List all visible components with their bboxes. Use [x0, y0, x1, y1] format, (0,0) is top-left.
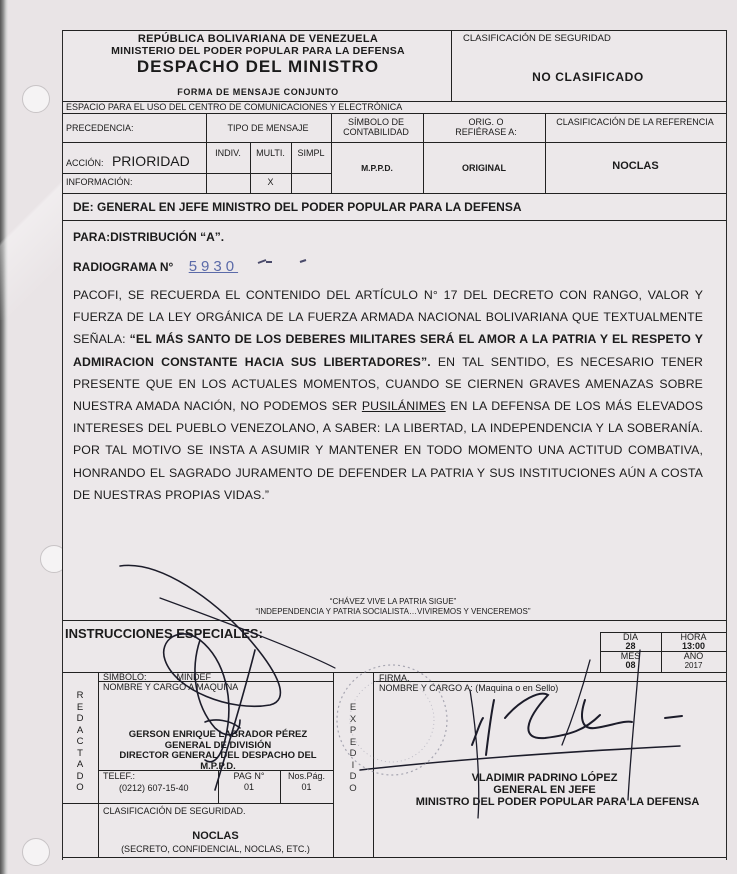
signature-label: FIRMA.	[379, 673, 410, 683]
reference-classification-label: CLASIFICACIÓN DE LA REFERENCIA	[547, 117, 723, 127]
page-number: PAG N°01	[218, 771, 280, 793]
action-value: PRIORIDAD	[112, 153, 190, 169]
orig-reference-label: ORIG. O REFIÉRASE A:	[445, 117, 527, 137]
to-line: PARA:DISTRIBUCIÓN “A”.	[73, 230, 224, 244]
drafted-position: DIRECTOR GENERAL DEL DESPACHO DEL	[98, 751, 338, 762]
message-type-label: TIPO DE MENSAJE	[208, 123, 328, 133]
date-year: AÑO2017	[661, 652, 726, 670]
drafted-side-label: REDACTADO	[75, 690, 85, 794]
header-country: REPÚBLICA BOLIVARIANA DE VENEZUELA	[63, 33, 453, 45]
phone-value: (0212) 607-15-40	[119, 783, 189, 793]
radiogram-label: RADIOGRAMA N°	[73, 260, 173, 274]
radiogram-number: 5930	[189, 258, 238, 275]
from-line: DE: GENERAL EN JEFE MINISTRO DEL PODER P…	[73, 200, 522, 214]
header-office: DESPACHO DEL MINISTRO	[63, 57, 453, 77]
radiogram-row: RADIOGRAMA N° 5930	[73, 258, 238, 275]
dispatched-position: MINISTRO DEL PODER POPULAR PARA LA DEFEN…	[389, 796, 726, 808]
paper-edge	[0, 0, 8, 874]
security-classification-label: CLASIFICACIÓN DE SEGURIDAD	[463, 33, 611, 44]
accounting-symbol-value: M.P.P.D.	[331, 163, 423, 173]
action-label: ACCIÓN:	[66, 158, 104, 168]
reference-classification-value: NOCLAS	[545, 160, 726, 172]
type-simpl: SIMPL	[291, 148, 331, 158]
orig-reference-value: ORIGINAL	[423, 163, 545, 173]
dispatched-name-label: NOMBRE Y CARGO A: (Maquina o en Sello)	[379, 683, 558, 693]
body-text-end: EN LA DEFENSA DE LOS MÁS ELEVADOS INTERE…	[73, 399, 703, 502]
message-body: PACOFI, SE RECUERDA EL CONTENIDO DEL ART…	[73, 284, 703, 506]
drafted-name-label: NOMBRE Y CARGO A MAQUINA	[103, 682, 238, 692]
type-multi: MULTI.	[250, 148, 291, 158]
punch-hole-bottom	[22, 838, 50, 866]
dispatched-signature-block: VLADIMIR PADRINO LÓPEZ GENERAL EN JEFE M…	[373, 772, 726, 808]
date-day: DIA28	[600, 633, 661, 651]
type-multi-selected-mark: X	[250, 177, 291, 187]
phone-label: TELEF.:	[103, 771, 135, 781]
action-row: ACCIÓN: PRIORIDAD	[66, 153, 190, 171]
drafted-signature-block: GERSON ENRIQUE LABRADOR PÉREZ GENERAL DE…	[98, 730, 338, 772]
security-classification-value: NO CLASIFICADO	[453, 70, 723, 84]
date-month: MES08	[600, 652, 661, 670]
accounting-symbol-label: SÍMBOLO DE CONTABILIDAD	[331, 117, 421, 137]
drafted-symbol: SÍMBOLO:MINDEF	[103, 672, 211, 682]
dispatched-rank: GENERAL EN JEFE	[363, 784, 726, 796]
date-hour: HORA13:00	[661, 633, 726, 651]
footer-security-hint: (SECRETO, CONFIDENCIAL, NOCLAS, ETC.)	[98, 844, 333, 854]
message-form: REPÚBLICA BOLIVARIANA DE VENEZUELA MINIS…	[62, 30, 727, 860]
header-ministry: MINISTERIO DEL PODER POPULAR PARA LA DEF…	[63, 45, 453, 57]
form-name: FORMA DE MENSAJE CONJUNTO	[63, 87, 453, 97]
special-instructions-label: INSTRUCCIONES ESPECIALES:	[65, 626, 263, 641]
type-indiv: INDIV.	[206, 148, 250, 158]
punch-hole-top	[22, 85, 50, 113]
slogan-line-2: “INDEPENDENCIA Y PATRIA SOCIALISTA…VIVIR…	[213, 607, 573, 616]
dispatched-side-label: EXPEDIDO	[348, 702, 358, 794]
body-underlined-word: PUSILÁNIMES	[362, 399, 446, 413]
drafted-name: GERSON ENRIQUE LABRADOR PÉREZ	[98, 730, 338, 741]
page-count: Nos.Pág.01	[280, 771, 333, 793]
information-label: INFORMACIÓN:	[66, 177, 133, 187]
footer-security-value: NOCLAS	[98, 830, 333, 842]
comm-space-label: ESPACIO PARA EL USO DEL CENTRO DE COMUNI…	[66, 102, 402, 112]
slogan-line-1: “CHÁVEZ VIVE LA PATRIA SIGUE”	[213, 597, 573, 606]
precedence-label: PRECEDENCIA:	[66, 123, 134, 133]
footer-security-label: CLASIFICACIÓN DE SEGURIDAD.	[103, 806, 246, 816]
dispatched-name: VLADIMIR PADRINO LÓPEZ	[363, 772, 726, 784]
